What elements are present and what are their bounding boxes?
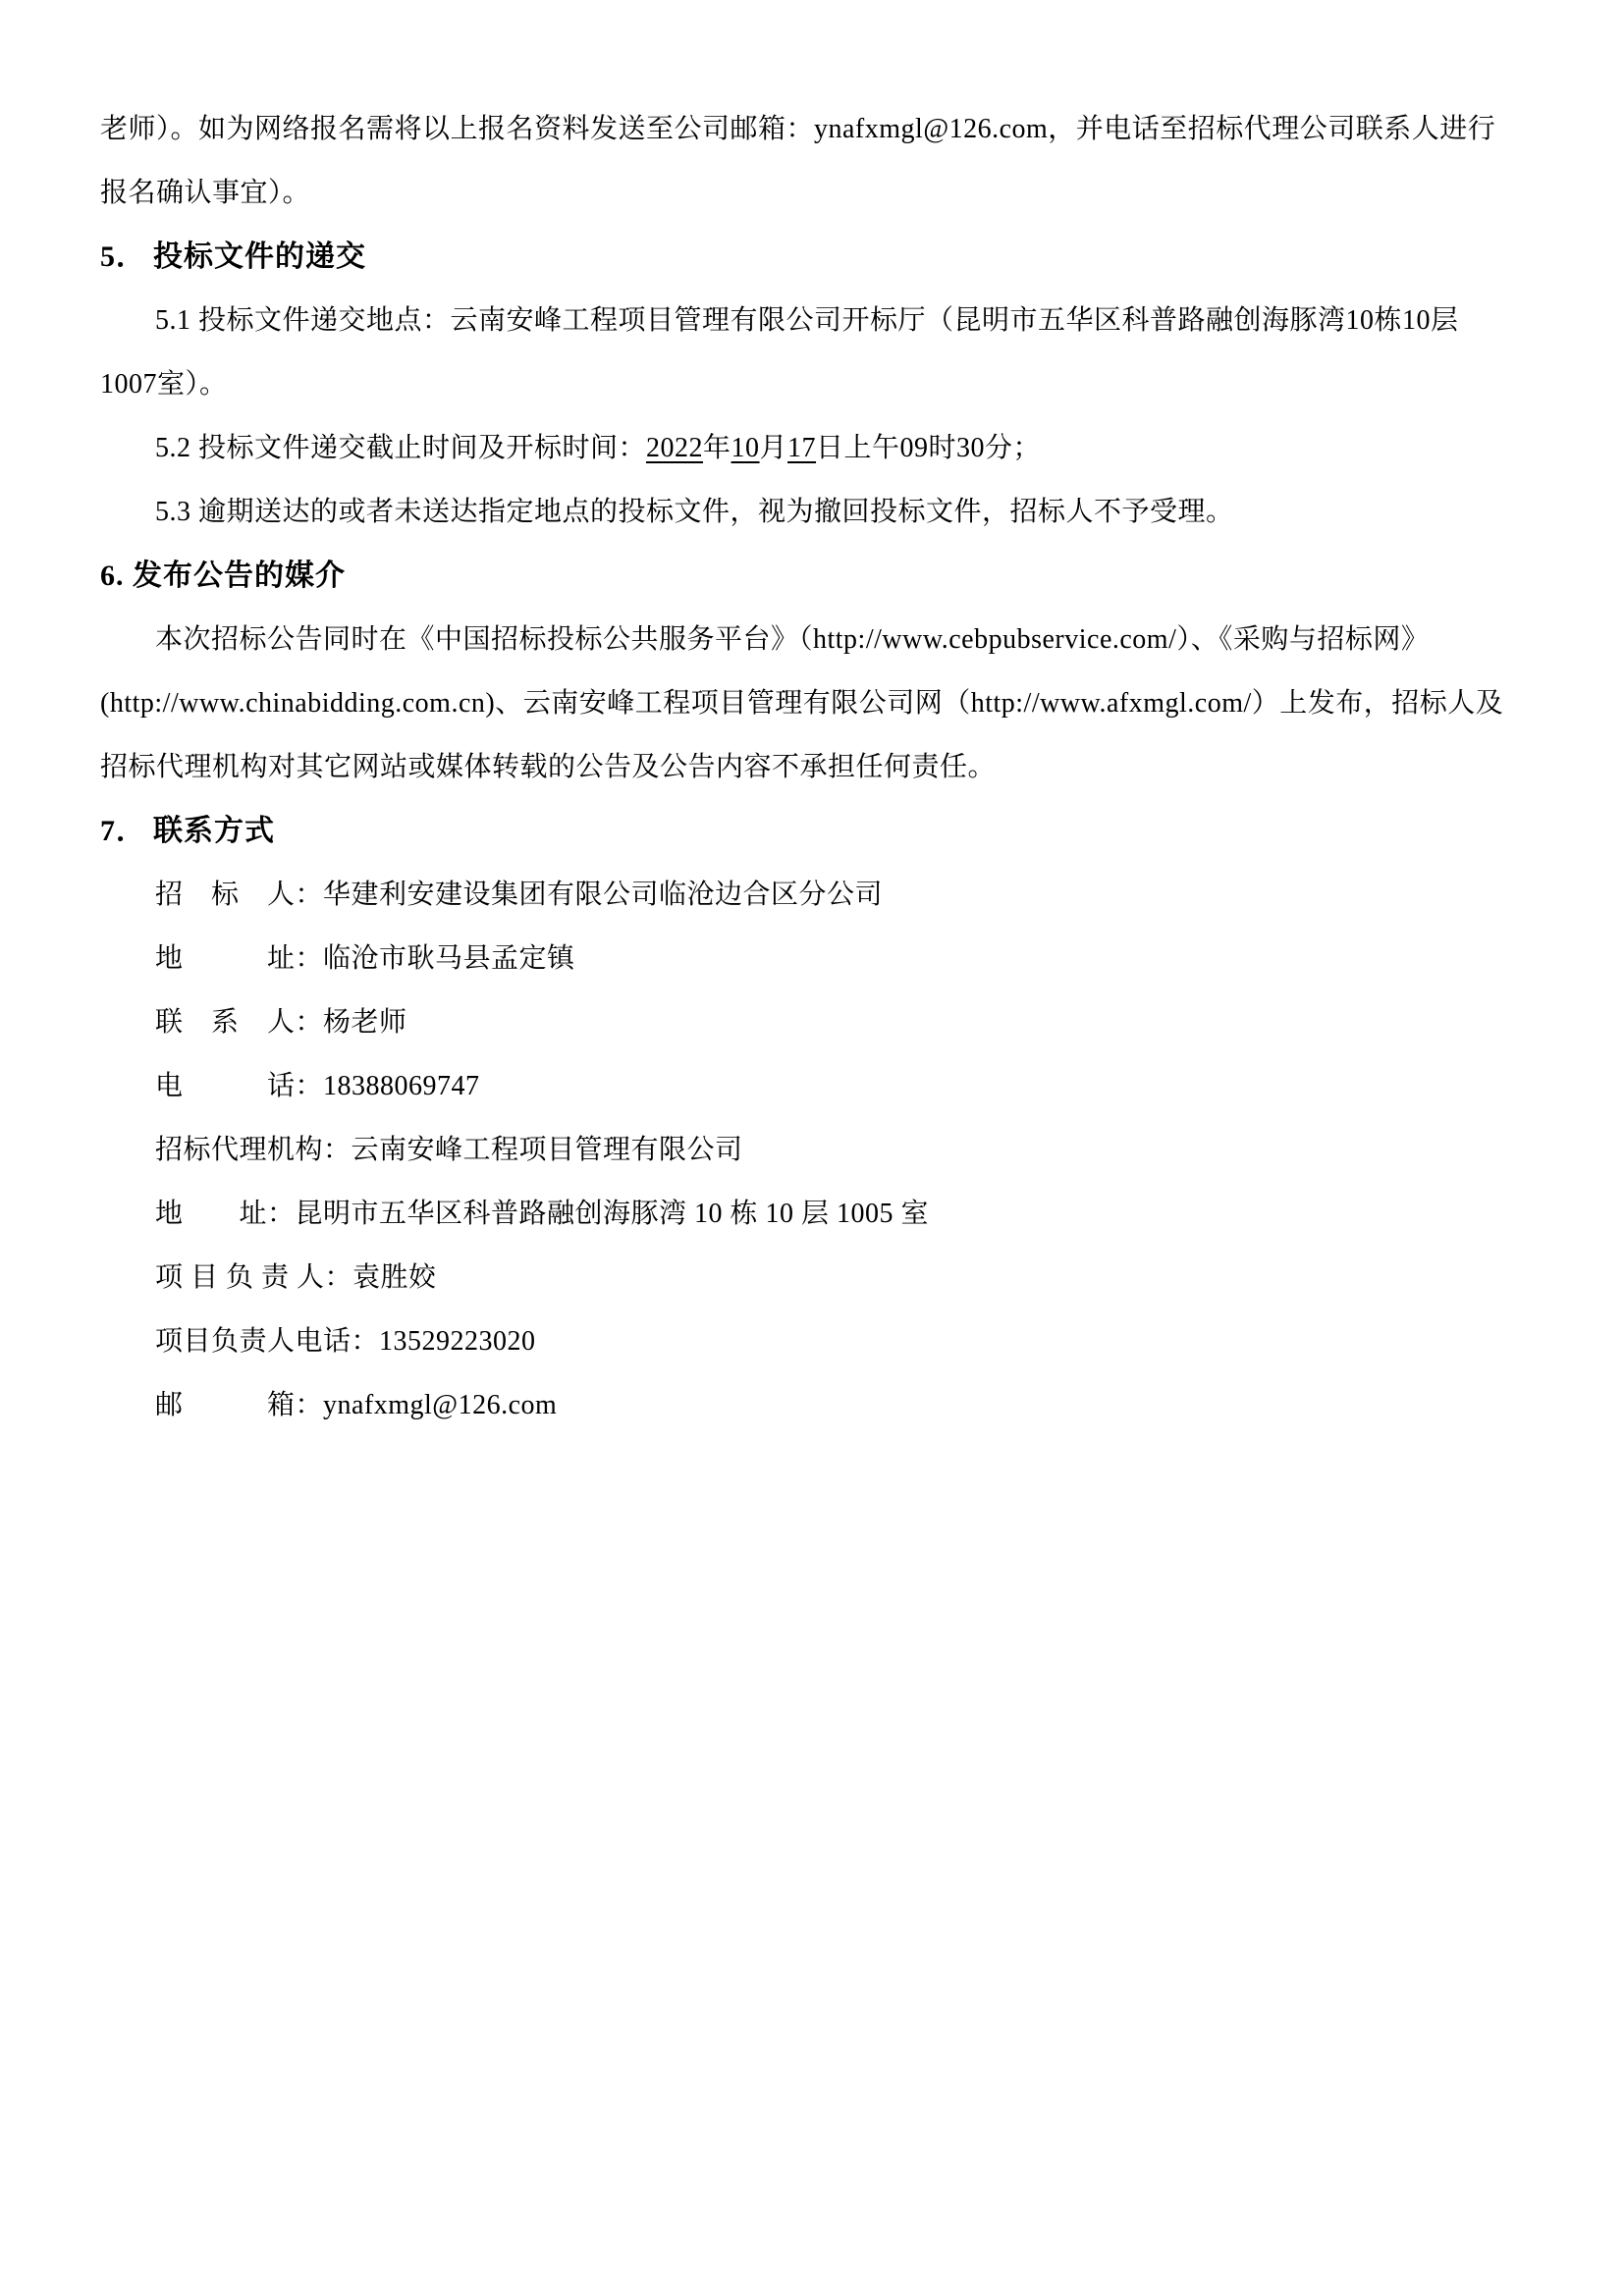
document-body: 老师）。如为网络报名需将以上报名资料发送至公司邮箱：ynafxmgl@126.c…	[100, 97, 1534, 1437]
contact-email: 邮 箱：ynafxmgl@126.com	[100, 1373, 1534, 1437]
item-5-1-line-1: 5.1 投标文件递交地点：云南安峰工程项目管理有限公司开标厅（昆明市五华区科普路…	[100, 289, 1534, 352]
section7-heading: 7． 联系方式	[100, 799, 1534, 863]
contact-person: 联 系 人：杨老师	[100, 990, 1534, 1054]
contact-agency-address: 地 址：昆明市五华区科普路融创海豚湾 10 栋 10 层 1005 室	[100, 1182, 1534, 1246]
contact-tenderer: 招 标 人：华建利安建设集团有限公司临沧边合区分公司	[100, 863, 1534, 927]
document-page: { "intro": { "line1": "老师）。如为网络报名需将以上报名资…	[0, 0, 1624, 2296]
item-5-1-line-2: 1007室）。	[100, 352, 1534, 416]
year-char: 年	[703, 433, 731, 463]
section6-line-3: 招标代理机构对其它网站或媒体转载的公告及公告内容不承担任何责任。	[100, 735, 1534, 799]
section6-line-1: 本次招标公告同时在《中国招标投标公共服务平台》（http://www.cebpu…	[100, 608, 1534, 671]
contact-phone: 电 话：18388069747	[100, 1054, 1534, 1118]
item-5-2-suffix: 日上午09时30分；	[816, 433, 1041, 463]
contact-project-manager: 项 目 负 责 人：袁胜姣	[100, 1246, 1534, 1309]
item-5-2-prefix: 5.2 投标文件递交截止时间及开标时间：	[155, 433, 646, 463]
month-char: 月	[760, 433, 788, 463]
item-5-3-line: 5.3 逾期送达的或者未送达指定地点的投标文件，视为撤回投标文件，招标人不予受理…	[100, 480, 1534, 544]
item-5-2-line: 5.2 投标文件递交截止时间及开标时间：2022年10月17日上午09时30分；	[100, 416, 1534, 480]
section6-heading: 6. 发布公告的媒介	[100, 544, 1534, 608]
intro-line-1: 老师）。如为网络报名需将以上报名资料发送至公司邮箱：ynafxmgl@126.c…	[100, 97, 1534, 161]
intro-line-2: 报名确认事宜）。	[100, 161, 1534, 225]
contact-agency: 招标代理机构：云南安峰工程项目管理有限公司	[100, 1118, 1534, 1182]
deadline-month: 10	[731, 433, 760, 463]
deadline-year: 2022	[646, 433, 703, 463]
section6-line-2: (http://www.chinabidding.com.cn)、云南安峰工程项…	[100, 671, 1534, 735]
contact-project-manager-phone: 项目负责人电话：13529223020	[100, 1309, 1534, 1373]
deadline-day: 17	[787, 433, 816, 463]
section5-heading: 5． 投标文件的递交	[100, 225, 1534, 289]
contact-tenderer-address: 地 址：临沧市耿马县孟定镇	[100, 927, 1534, 990]
